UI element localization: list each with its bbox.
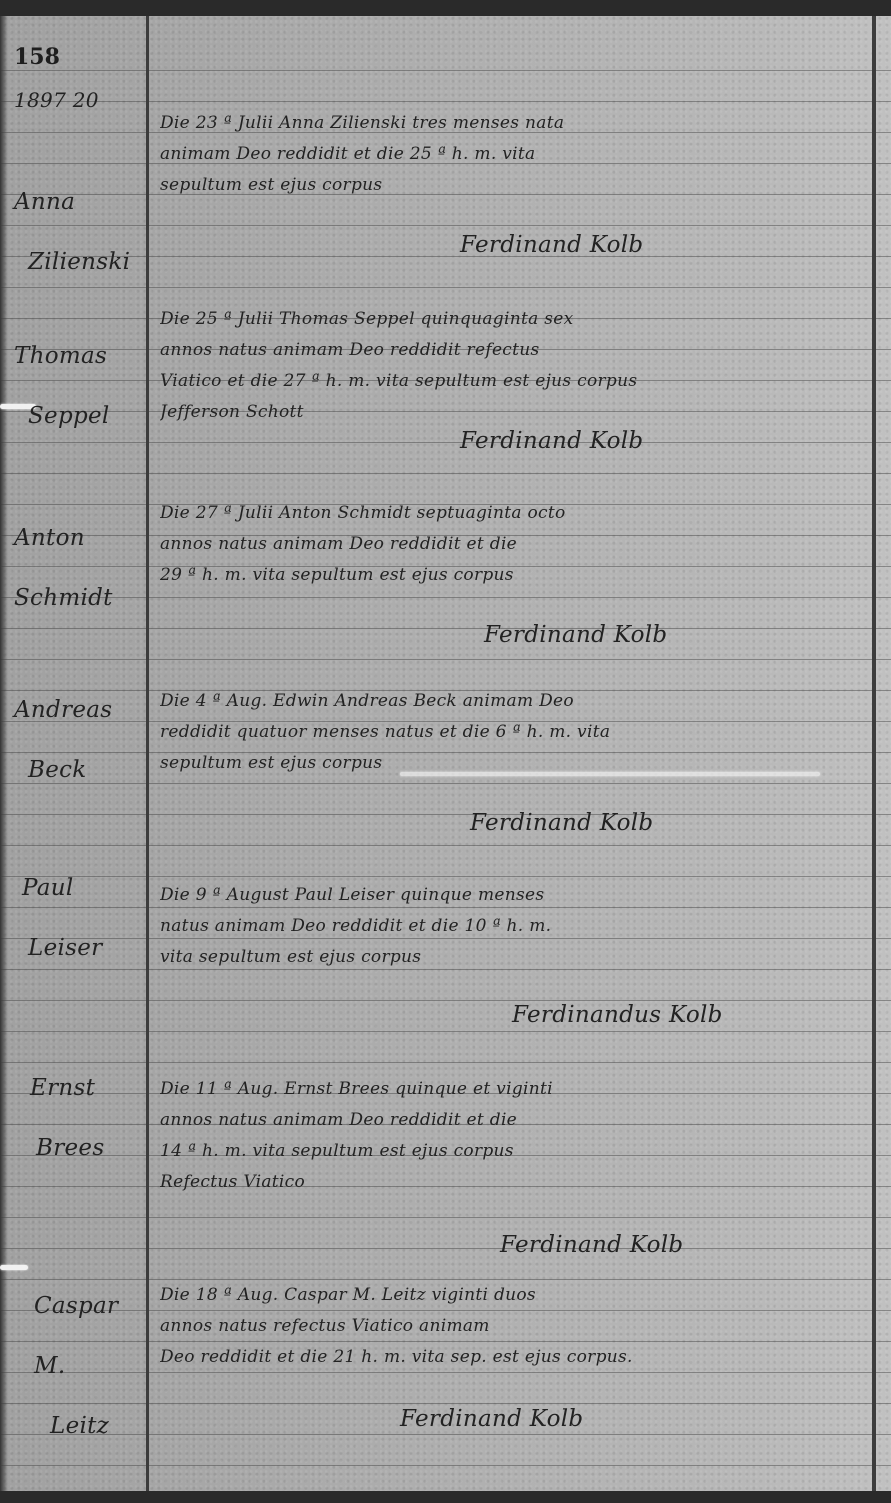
margin-name: Ernst Brees — [10, 1058, 142, 1178]
burial-entry: Die 25 ª Julii Thomas Seppel quinquagint… — [160, 304, 865, 428]
entry-line: reddidit quatuor menses natus et die 6 ª… — [160, 717, 865, 748]
margin-name: Andreas Beck — [10, 680, 142, 800]
given-name: Ernst — [10, 1058, 142, 1118]
entry-line: 29 ª h. m. vita sepultum est ejus corpus — [160, 560, 865, 591]
signature: Ferdinandus Kolb — [512, 1002, 723, 1028]
entry-line: Die 23 ª Julii Anna Zilienski tres mense… — [160, 108, 865, 139]
signature: Ferdinand Kolb — [460, 232, 643, 258]
entry-line: Die 11 ª Aug. Ernst Brees quinque et vig… — [160, 1074, 865, 1105]
page-number: 158 — [14, 44, 60, 70]
entry-line: annos natus animam Deo reddidit refectus — [160, 335, 865, 366]
entry-line: Refectus Viatico — [160, 1167, 865, 1198]
entry-line: annos natus refectus Viatico animam — [160, 1311, 865, 1342]
entry-line: 14 ª h. m. vita sepultum est ejus corpus — [160, 1136, 865, 1167]
entry-line: Die 9 ª August Paul Leiser quinque mense… — [160, 880, 865, 911]
entry-line: animam Deo reddidit et die 25 ª h. m. vi… — [160, 139, 865, 170]
signature: Ferdinand Kolb — [400, 1406, 583, 1432]
burial-entry: Die 4 ª Aug. Edwin Andreas Beck animam D… — [160, 686, 865, 779]
given-name: Anna — [10, 172, 142, 232]
surname: Beck — [10, 740, 142, 800]
burial-entry: Die 9 ª August Paul Leiser quinque mense… — [160, 880, 865, 973]
given-name: Thomas — [10, 326, 142, 386]
signature: Ferdinand Kolb — [484, 622, 667, 648]
entry-line: Viatico et die 27 ª h. m. vita sepultum … — [160, 366, 865, 397]
entry-line: Die 4 ª Aug. Edwin Andreas Beck animam D… — [160, 686, 865, 717]
scan-top-edge — [0, 0, 891, 16]
signature: Ferdinand Kolb — [460, 428, 643, 454]
surname: Seppel — [10, 386, 142, 446]
entry-line: annos natus animam Deo reddidit et die — [160, 529, 865, 560]
surname: Leiser — [10, 918, 142, 978]
year-header: 1897 20 — [14, 88, 99, 112]
right-column-rule — [872, 16, 876, 1496]
surname: Zilienski — [10, 232, 142, 292]
surname: Leitz — [10, 1396, 142, 1456]
margin-name: Caspar M. Leitz — [10, 1276, 142, 1456]
entry-line: Die 25 ª Julii Thomas Seppel quinquagint… — [160, 304, 865, 335]
entry-line: annos natus animam Deo reddidit et die — [160, 1105, 865, 1136]
entry-line: natus animam Deo reddidit et die 10 ª h.… — [160, 911, 865, 942]
signature: Ferdinand Kolb — [500, 1232, 683, 1258]
burial-entry: Die 18 ª Aug. Caspar M. Leitz viginti du… — [160, 1280, 865, 1373]
margin-name: Thomas Seppel — [10, 326, 142, 446]
margin-name: Anna Zilienski — [10, 172, 142, 292]
signature: Ferdinand Kolb — [470, 810, 653, 836]
entry-line: Die 27 ª Julii Anton Schmidt septuaginta… — [160, 498, 865, 529]
entry-line: Die 18 ª Aug. Caspar M. Leitz viginti du… — [160, 1280, 865, 1311]
scan-bottom-edge — [0, 1491, 891, 1503]
given-name: Anton — [10, 508, 142, 568]
entry-line: sepultum est ejus corpus — [160, 748, 865, 779]
given-name: Caspar M. — [10, 1276, 142, 1396]
margin-name: Anton Schmidt — [10, 508, 142, 628]
burial-entry: Die 27 ª Julii Anton Schmidt septuaginta… — [160, 498, 865, 591]
entry-line: vita sepultum est ejus corpus — [160, 942, 865, 973]
register-page: 158 1897 20 Anna Zilienski Die 23 ª Juli… — [0, 0, 891, 1503]
entry-line: Deo reddidit et die 21 h. m. vita sep. e… — [160, 1342, 865, 1373]
entry-line: Jefferson Schott — [160, 397, 865, 428]
surname: Schmidt — [10, 568, 142, 628]
given-name: Paul — [10, 858, 142, 918]
paper-tear — [0, 1265, 28, 1270]
margin-column-rule — [146, 16, 149, 1496]
margin-name: Paul Leiser — [10, 858, 142, 978]
entry-line: sepultum est ejus corpus — [160, 170, 865, 201]
given-name: Andreas — [10, 680, 142, 740]
surname: Brees — [10, 1118, 142, 1178]
burial-entry: Die 23 ª Julii Anna Zilienski tres mense… — [160, 108, 865, 201]
burial-entry: Die 11 ª Aug. Ernst Brees quinque et vig… — [160, 1074, 865, 1198]
